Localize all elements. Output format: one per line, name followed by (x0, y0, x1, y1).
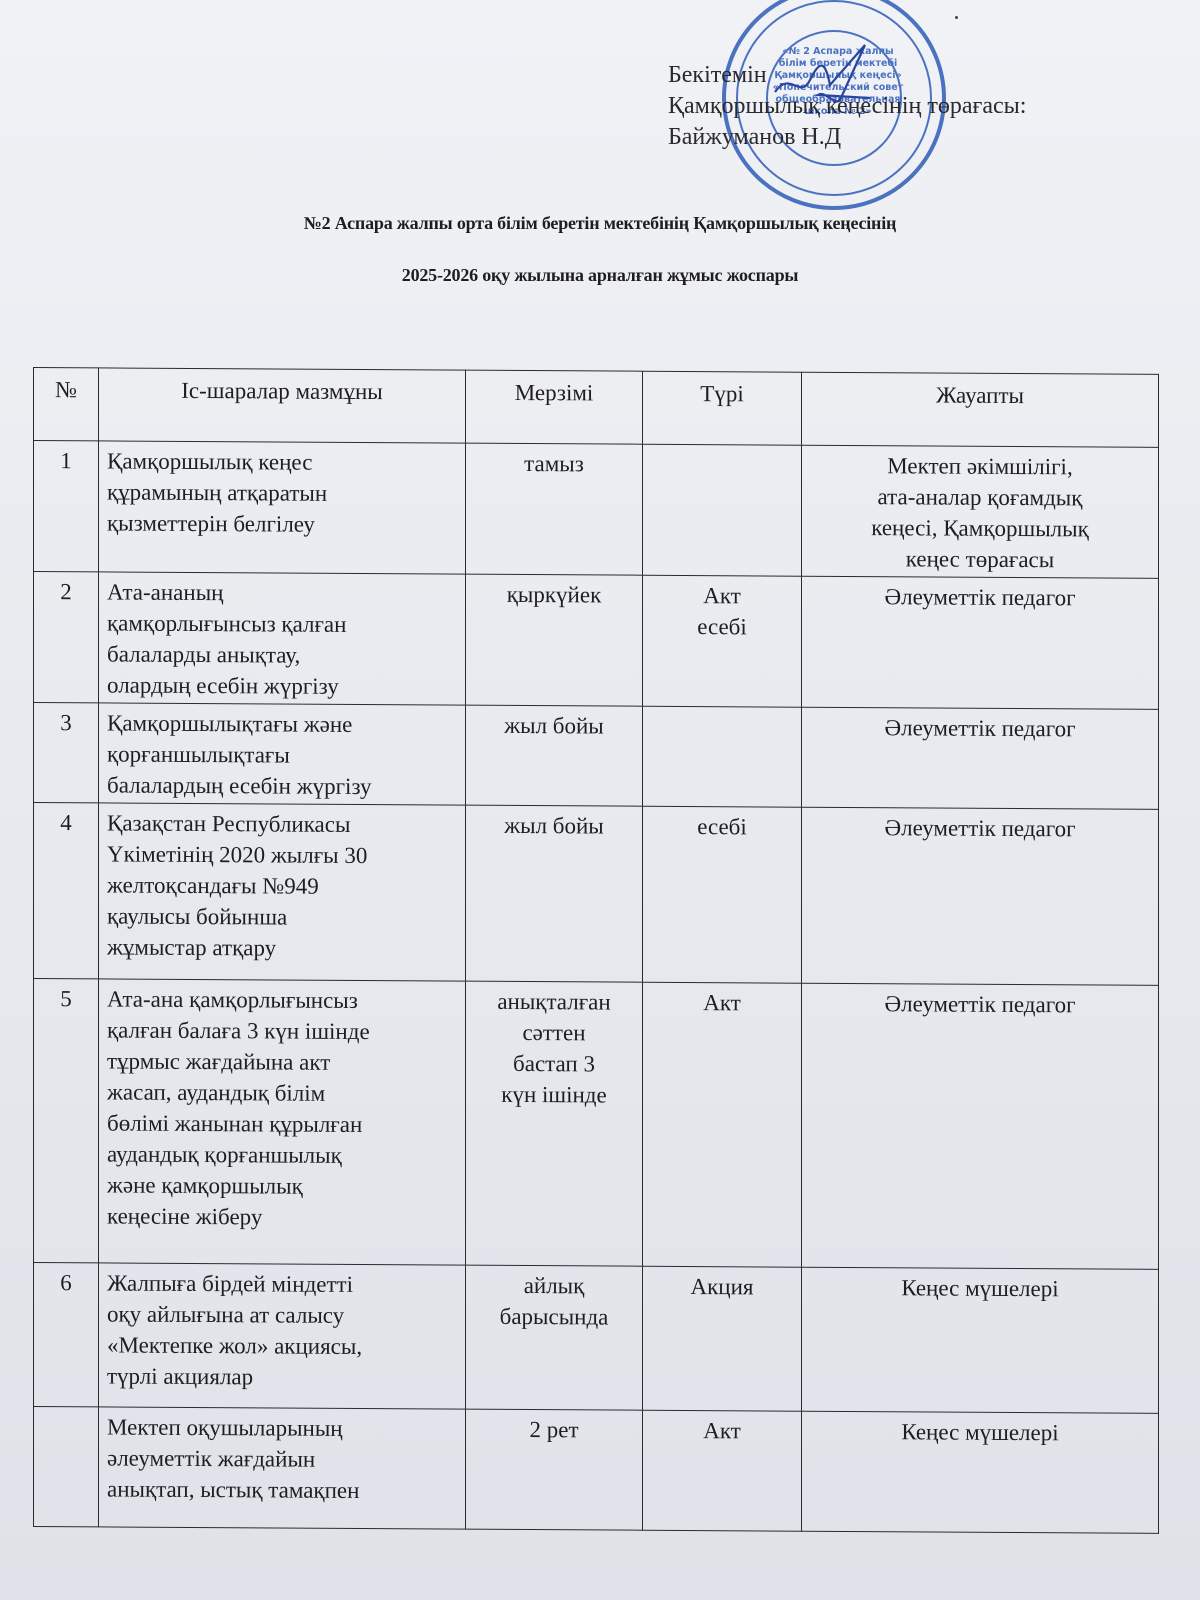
type-cell: Акт (643, 1410, 802, 1531)
header-number: № (34, 368, 99, 441)
deadline-cell: айлықбарысында (466, 1265, 643, 1410)
ink-speck (955, 16, 958, 19)
deadline-cell: тамыз (466, 443, 643, 575)
table-row: 1Қамқоршылық кеңесқұрамының атқаратынқыз… (34, 441, 1159, 579)
header-responsible: Жауапты (802, 372, 1159, 447)
row-number: 1 (34, 441, 99, 572)
approval-position: Қамқоршылық кеңесінің төрағасы: (668, 91, 1026, 122)
row-number (34, 1407, 99, 1527)
row-number: 5 (34, 979, 99, 1263)
type-cell: Акт (643, 982, 802, 1267)
type-cell: есебі (643, 806, 802, 983)
deadline-cell: қыркүйек (466, 574, 643, 706)
activity-cell: Жалпыға бірдей міндеттіоқу айлығына ат с… (99, 1263, 466, 1409)
activity-cell: Қамқоршылықтағы жәнеқорғаншылықтағыбалал… (99, 703, 466, 805)
type-cell (643, 706, 802, 807)
row-number: 2 (34, 572, 99, 703)
responsible-cell: Кеңес мүшелері (802, 1267, 1159, 1413)
header-type: Түрі (643, 371, 802, 445)
row-number: 3 (34, 703, 99, 803)
row-number: 4 (34, 803, 99, 979)
approval-name: Байжуманов Н.Д (668, 122, 1026, 153)
document-subtitle: 2025-2026 оқу жылына арналған жұмыс жосп… (0, 265, 1200, 286)
approval-heading: Бекітемін (668, 60, 1026, 91)
responsible-cell: Әлеуметтік педагог (802, 576, 1159, 709)
activity-cell: Ата-ананыңқамқорлығынсыз қалғанбалаларды… (99, 572, 466, 705)
type-cell: Акция (643, 1266, 802, 1411)
responsible-cell: Кеңес мүшелері (802, 1411, 1159, 1533)
activity-cell: Ата-ана қамқорлығынсызқалған балаға 3 кү… (99, 979, 466, 1265)
type-cell: Актесебі (643, 575, 802, 707)
document-title: №2 Аспара жалпы орта білім беретін мекте… (0, 213, 1200, 234)
header-activity: Іс-шаралар мазмұны (99, 368, 466, 443)
row-number: 6 (34, 1263, 99, 1407)
activity-cell: Мектеп оқушыларыныңәлеуметтік жағдайынан… (99, 1407, 466, 1529)
table-row: 2Ата-ананыңқамқорлығынсыз қалғанбалалард… (34, 572, 1159, 710)
table-row: Мектеп оқушыларыныңәлеуметтік жағдайынан… (34, 1407, 1159, 1534)
approval-block: Бекітемін Қамқоршылық кеңесінің төрағасы… (668, 60, 1026, 153)
responsible-cell: Әлеуметтік педагог (802, 707, 1159, 809)
deadline-cell: анықталғансәттенбастап 3күн ішінде (466, 981, 643, 1266)
work-plan-table: № Іс-шаралар мазмұны Мерзімі Түрі Жауапт… (33, 367, 1159, 1534)
responsible-cell: Әлеуметтік педагог (802, 807, 1159, 985)
type-cell (643, 444, 802, 576)
deadline-cell: жыл бойы (466, 705, 643, 806)
activity-cell: Қамқоршылық кеңесқұрамының атқаратынқызм… (99, 441, 466, 574)
table-row: 5Ата-ана қамқорлығынсызқалған балаға 3 к… (34, 979, 1159, 1270)
responsible-cell: Мектеп әкімшілігі,ата-аналар қоғамдықкең… (802, 445, 1159, 578)
header-date: Мерзімі (466, 370, 643, 444)
table-row: 3Қамқоршылықтағы жәнеқорғаншылықтағыбала… (34, 703, 1159, 810)
table-row: 6Жалпыға бірдей міндеттіоқу айлығына ат … (34, 1263, 1159, 1414)
activity-cell: Қазақстан РеспубликасыҮкіметінің 2020 жы… (99, 803, 466, 981)
deadline-cell: 2 рет (466, 1409, 643, 1530)
responsible-cell: Әлеуметтік педагог (802, 983, 1159, 1269)
table-header-row: № Іс-шаралар мазмұны Мерзімі Түрі Жауапт… (34, 368, 1159, 448)
table-row: 4Қазақстан РеспубликасыҮкіметінің 2020 ж… (34, 803, 1159, 986)
deadline-cell: жыл бойы (466, 805, 643, 982)
